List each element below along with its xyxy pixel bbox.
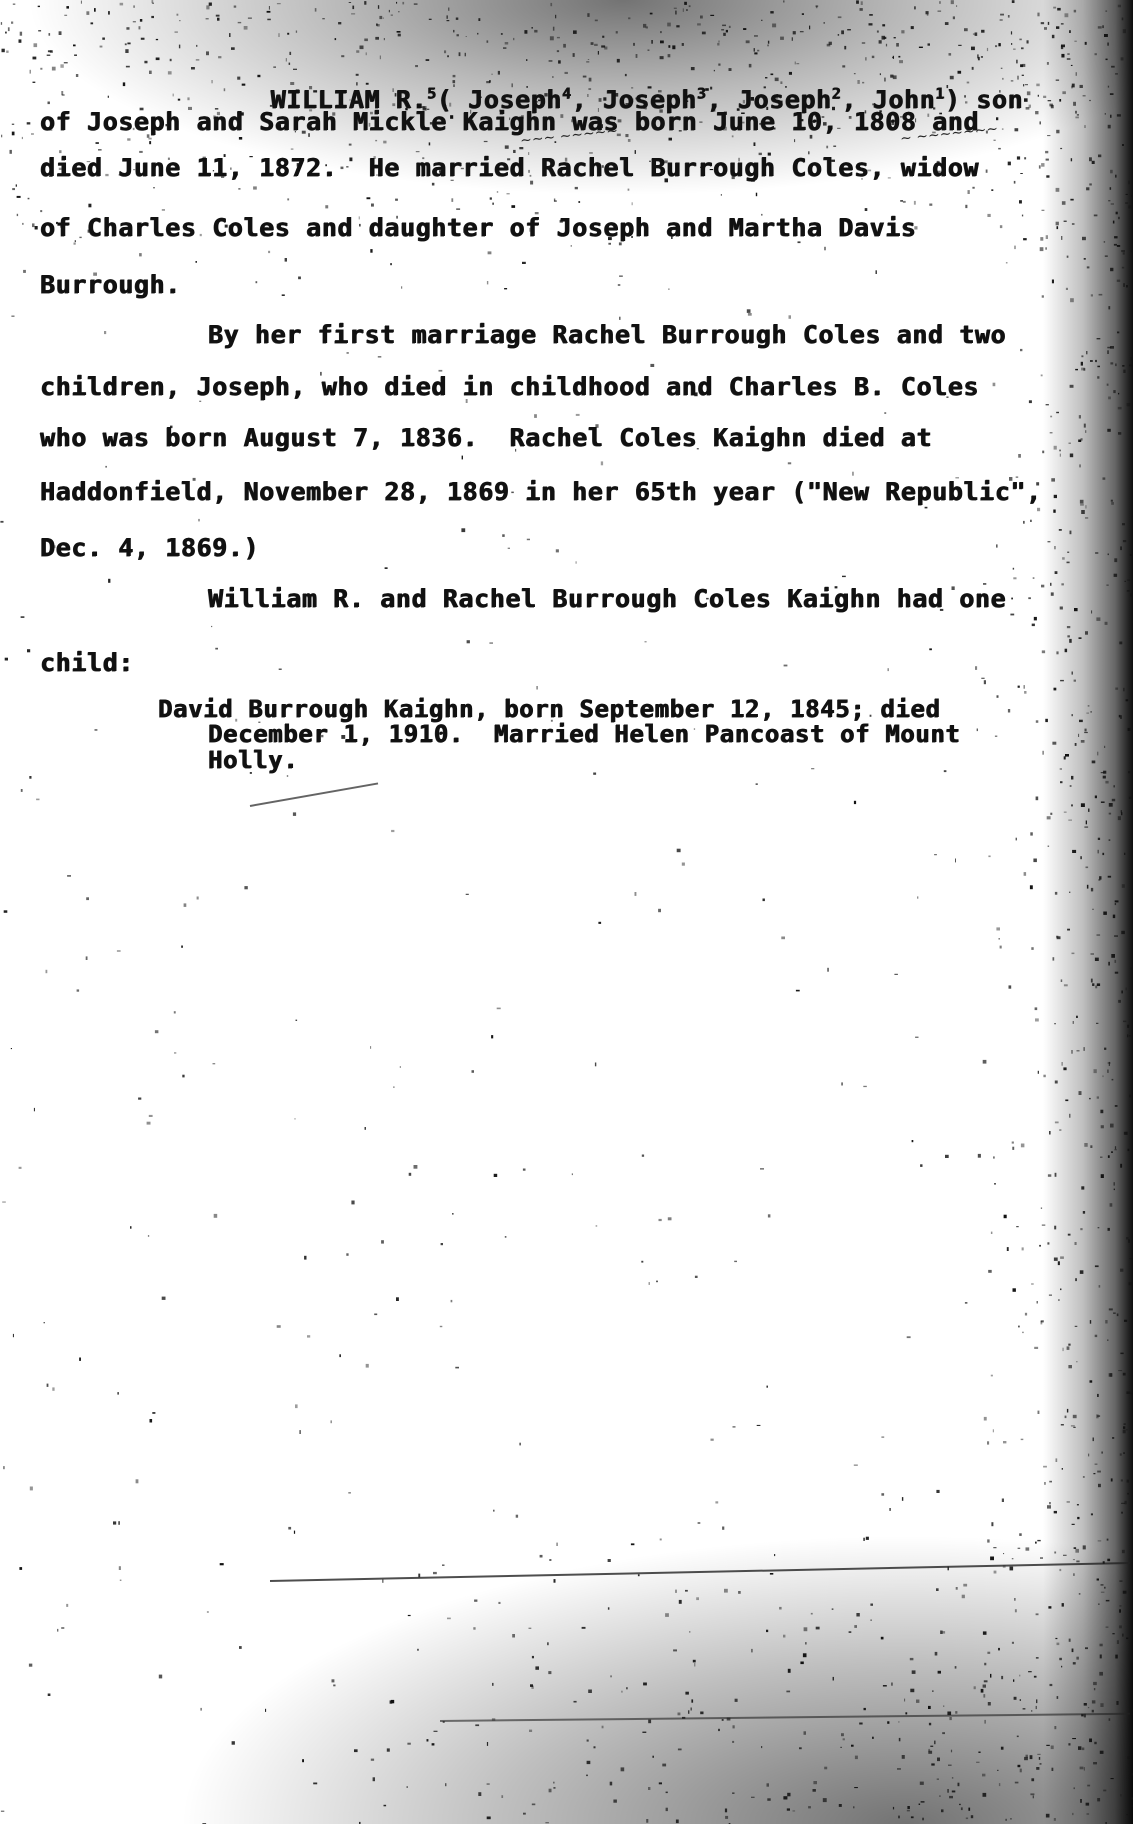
paragraph3-line: William R. and Rachel Burrough Coles Kai… (208, 584, 1006, 614)
lineage-gen: 1 (935, 85, 945, 103)
paragraph2-line: Dec. 4, 1869.) (40, 533, 259, 563)
scan-artifact-line (440, 1713, 1130, 1722)
lineage-gen: 3 (697, 85, 707, 103)
paragraph1-line: Burrough. (40, 270, 181, 300)
child-entry-line: Holly. (208, 748, 298, 772)
child-entry-line: David Burrough Kaighn, born September 12… (158, 697, 941, 721)
paragraph2-line: children, Joseph, who died in childhood … (40, 372, 979, 402)
scan-artifact-line (250, 782, 378, 807)
paragraph1-line: died June 11, 1872. He married Rachel Bu… (40, 153, 979, 183)
lineage-gen: 4 (562, 85, 572, 103)
paragraph2-line: who was born August 7, 1836. Rachel Cole… (40, 423, 932, 453)
paragraph3-line: child: (40, 648, 134, 678)
paragraph2-line: Haddonfield, November 28, 1869 in her 65… (40, 477, 1042, 507)
heading-generation: 5 (427, 85, 437, 103)
paragraph2-line: By her first marriage Rachel Burrough Co… (208, 320, 1006, 350)
paragraph1-line: of Joseph and Sarah Mickle Kaighn was bo… (40, 107, 979, 137)
scan-artifact-line (270, 1562, 1130, 1582)
scan-noise-bottom (0, 1464, 1133, 1824)
heading-trailing: son (976, 85, 1023, 114)
scan-noise-right-edge (1043, 0, 1133, 1824)
paragraph1-line: of Charles Coles and daughter of Joseph … (40, 213, 916, 243)
child-entry-line: December 1, 1910. Married Helen Pancoast… (208, 722, 960, 746)
lineage-gen: 2 (832, 85, 842, 103)
